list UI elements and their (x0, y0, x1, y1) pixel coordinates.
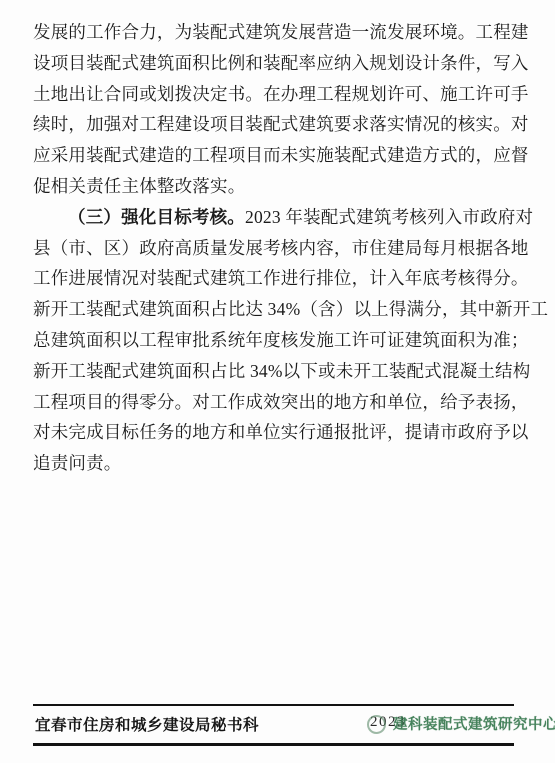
text-line: 应采用装配式建造的工程项目而未实施装配式建造方式的，应督 (33, 140, 515, 171)
footer-bottom-rule (33, 743, 514, 746)
text-line: （三）强化目标考核。2023 年装配式建筑考核列入市政府对 (33, 202, 515, 233)
text-line: 设项目装配式建筑面积比例和装配率应纳入规划设计条件，写入 (33, 48, 515, 79)
text-line: 续时，加强对工程建设项目装配式建筑要求落实情况的核实。对 (33, 109, 515, 140)
text-line: 工作进展情况对装配式建筑工作进行排位，计入年底考核得分。 (33, 263, 515, 294)
text-line: 新开工装配式建筑面积占比 34%以下或未开工装配式混凝土结构 (33, 356, 515, 387)
watermark-circle-icon (367, 715, 386, 734)
text-line: 新开工装配式建筑面积占比达 34%（含）以上得满分，其中新开工 (33, 294, 515, 325)
text-line: 县（市、区）政府高质量发展考核内容，市住建局每月根据各地 (33, 233, 515, 264)
section-heading: （三）强化目标考核。 (68, 207, 245, 227)
text-line: 对未完成目标任务的地方和单位实行通报批评，提请市政府予以 (33, 417, 515, 448)
document-body: 发展的工作合力，为装配式建筑发展营造一流发展环境。工程建设项目装配式建筑面积比例… (33, 17, 515, 479)
page-footer: 宜春市住房和城乡建设局秘书科 2023 建科装配式建筑研究中心 (0, 700, 555, 760)
text-line: 追责问责。 (33, 448, 515, 479)
footer-top-rule (33, 704, 514, 706)
watermark-text: 建科装配式建筑研究中心 (393, 713, 555, 734)
text-line: 发展的工作合力，为装配式建筑发展营造一流发展环境。工程建 (33, 17, 515, 48)
text-line: 土地出让合同或划拨决定书。在办理工程规划许可、施工许可手 (33, 79, 515, 110)
text-line: 总建筑面积以工程审批系统年度核发施工许可证建筑面积为准； (33, 325, 515, 356)
footer-issuer: 宜春市住房和城乡建设局秘书科 (35, 713, 259, 735)
text-line: 促相关责任主体整改落实。 (33, 171, 515, 202)
text-line: 工程项目的得零分。对工作成效突出的地方和单位，给予表扬， (33, 387, 515, 418)
document-page: 发展的工作合力，为装配式建筑发展营造一流发展环境。工程建设项目装配式建筑面积比例… (0, 0, 555, 763)
